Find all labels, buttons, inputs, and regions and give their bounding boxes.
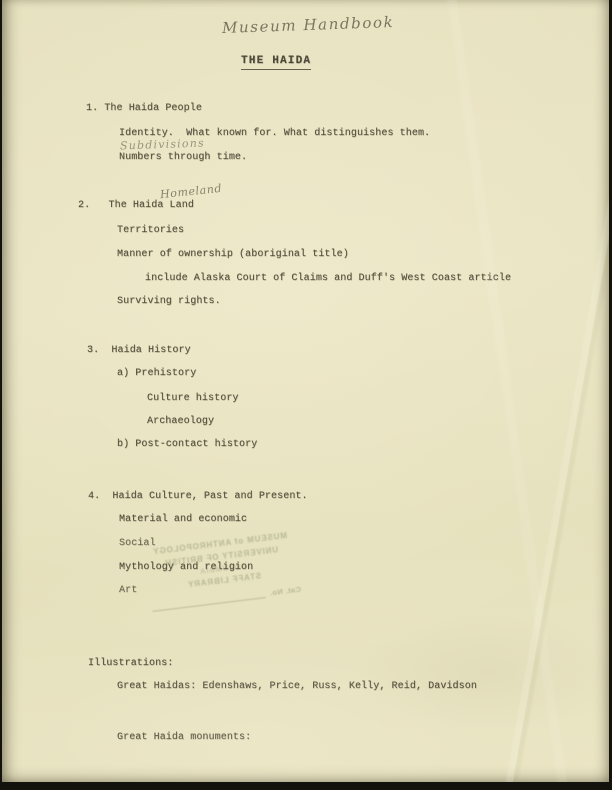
outline-item3-prehistory: a) Prehistory <box>117 368 196 380</box>
illustrations-greats: Great Haidas: Edenshaws, Price, Russ, Ke… <box>117 681 477 693</box>
outline-item3-heading: 3. Haida History <box>87 345 191 357</box>
scanner-background: Museum Handbook THE HAIDA 1. The Haida P… <box>0 0 612 790</box>
outline-item3-culture: Culture history <box>147 393 239 405</box>
document-page: Museum Handbook THE HAIDA 1. The Haida P… <box>2 0 609 782</box>
library-stamp: MUSEUM of ANTHROPOLOGY UNIVERSITY OF BRI… <box>141 528 306 613</box>
outline-item1-numbers: Numbers through time. <box>119 152 247 164</box>
outline-item2-surviving: Surviving rights. <box>117 296 221 308</box>
outline-item2-territories: Territories <box>117 225 184 237</box>
outline-item3-archaeology: Archaeology <box>147 416 214 428</box>
handwritten-note-subdivisions: Subdivisions <box>120 137 205 153</box>
stamp-cat-no-label: Cat. No. <box>269 585 301 598</box>
outline-item4-heading: 4. Haida Culture, Past and Present. <box>88 491 308 503</box>
handwritten-note-homeland: Homeland <box>159 182 222 201</box>
outline-item2-manner: Manner of ownership (aboriginal title) <box>117 249 349 261</box>
illustrations-monuments: Great Haida monuments: <box>117 732 251 744</box>
outline-item1-heading: 1. The Haida People <box>86 103 202 115</box>
outline-item3-postcontact: b) Post-contact history <box>117 439 257 451</box>
outline-item2-heading: 2. The Haida Land <box>78 200 194 212</box>
outline-item4-material: Material and economic <box>119 514 247 526</box>
handwritten-note-museum-handbook: Museum Handbook <box>222 13 395 37</box>
outline-item2-include: include Alaska Court of Claims and Duff'… <box>145 273 511 285</box>
illustrations-heading: Illustrations: <box>88 658 173 670</box>
page-title: THE HAIDA <box>241 55 311 70</box>
outline-item4-art: Art <box>119 585 137 597</box>
